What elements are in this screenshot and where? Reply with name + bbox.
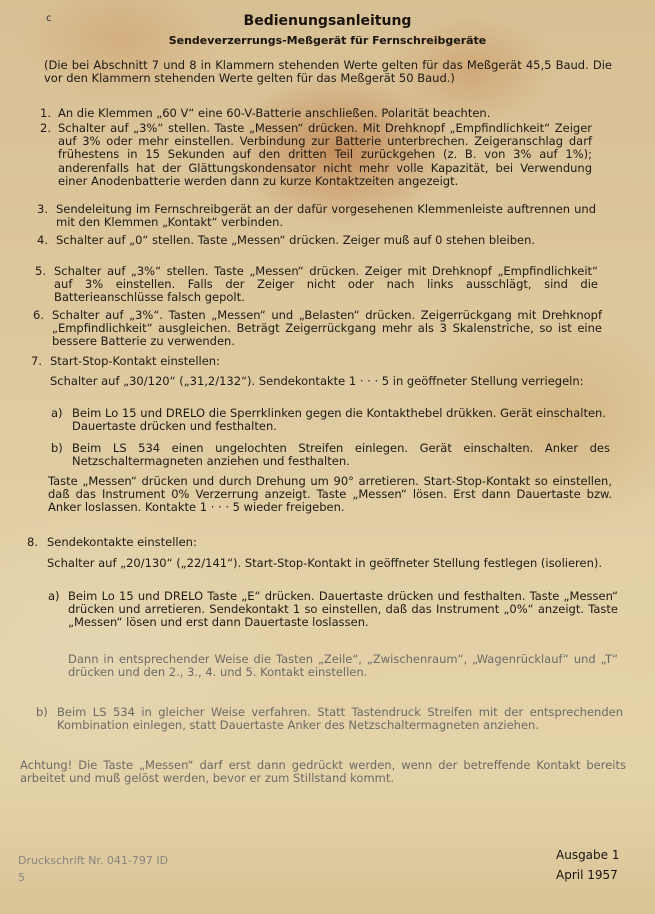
step-8a-continuation: Dann in entsprechender Weise die Tasten …	[68, 653, 618, 679]
step-7-intro: Schalter auf „30/120“ („31,2/132“). Send…	[50, 375, 602, 388]
step-number: 2.	[40, 122, 51, 135]
step-number: 4.	[37, 234, 48, 247]
step-4-text: Schalter auf „0“ stellen. Taste „Messen“…	[56, 234, 596, 247]
step-7-outro: Taste „Messen“ drücken und durch Drehung…	[48, 475, 612, 515]
edition-info: Ausgabe 1 April 1957	[556, 845, 620, 885]
instruction-sheet: c Bedienungsanleitung Sendeverzerrungs-M…	[0, 0, 655, 914]
step-6-text: Schalter auf „3%“. Tasten „Messen“ und „…	[52, 309, 602, 349]
sub-label: a)	[48, 590, 60, 603]
step-8-intro: Schalter auf „20/130“ („22/141“). Start-…	[47, 557, 613, 570]
warning-note: Achtung! Die Taste „Messen“ darf erst da…	[20, 759, 626, 785]
print-number-text: Druckschrift Nr. 041-797 ID	[18, 852, 168, 869]
step-7a-text: Beim Lo 15 und DRELO die Sperrklinken ge…	[72, 407, 606, 433]
step-3-text: Sendeleitung im Fernschreibgerät an der …	[56, 203, 596, 229]
step-number: 7.	[31, 355, 42, 368]
step-8-heading: Sendekontakte einstellen:	[47, 536, 547, 549]
sub-label: b)	[51, 442, 63, 455]
step-8a-text: Beim Lo 15 und DRELO Taste „E“ drücken. …	[68, 590, 618, 630]
document-title: Bedienungsanleitung	[0, 13, 655, 29]
step-2-text: Schalter auf „3%“ stellen. Taste „Messen…	[58, 122, 592, 188]
intro-note: (Die bei Abschnitt 7 und 8 in Klammern s…	[44, 59, 612, 85]
edition-text: Ausgabe 1	[556, 845, 620, 865]
step-1-text: An die Klemmen „60 V“ eine 60-V-Batterie…	[58, 107, 588, 120]
step-number: 8.	[27, 536, 38, 549]
print-number-sub: 5	[18, 869, 168, 886]
step-8b-text: Beim LS 534 in gleicher Weise verfahren.…	[57, 706, 623, 732]
step-number: 6.	[33, 309, 44, 322]
step-number: 3.	[37, 203, 48, 216]
step-5-text: Schalter auf „3%“ stellen. Taste „Messen…	[54, 265, 598, 305]
step-7-heading: Start-Stop-Kontakt einstellen:	[50, 355, 550, 368]
step-number: 5.	[35, 265, 46, 278]
edition-date: April 1957	[556, 865, 620, 885]
step-7b-text: Beim LS 534 einen ungelochten Streifen e…	[72, 442, 610, 468]
step-number: 1.	[40, 107, 51, 120]
document-subtitle: Sendeverzerrungs-Meßgerät für Fernschrei…	[0, 34, 655, 47]
sub-label: a)	[51, 407, 63, 420]
print-number: Druckschrift Nr. 041-797 ID 5	[18, 852, 168, 886]
sub-label: b)	[36, 706, 48, 719]
